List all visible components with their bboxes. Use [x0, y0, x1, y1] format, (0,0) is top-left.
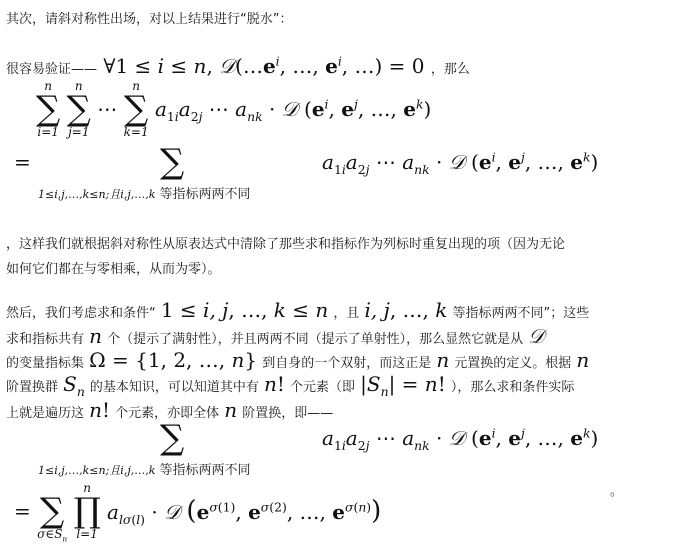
paragraph-explanation-line2: 如何它们都在与零相乘，从而为零）。 — [6, 258, 221, 277]
forall-formula: ∀1 ≤ i ≤ n, 𝒟(…ei, …, ei, …) = 0 — [103, 54, 424, 78]
final-period: 。 — [610, 480, 623, 499]
paragraph-bijection-line1: 然后，我们考虑求和条件“ 1 ≤ i, j, …, k ≤ n ，且 i, j,… — [6, 298, 589, 322]
paragraph-bijection-line4: 阶置换群 Sn 的基本知识，可以知道其中有 n! 个元素（即 |Sn| = n!… — [6, 372, 574, 396]
equation-permutation-sum: = ∑σ∈Sn n∏l=1 alσ(l) · 𝒟 (eσ(1), eσ(2), … — [14, 482, 381, 540]
paragraph-intro: 其次，请斜对称性出场，对以上结果进行“脱水”： — [6, 8, 292, 27]
paragraph-bijection-line2: 求和指标共有 n 个（提示了满射性），并且两两不同（提示了单射性），那么显然它就… — [6, 324, 544, 348]
verify-prefix: 很容易验证—— — [6, 62, 97, 77]
sum-condition: 1≤i,j,…,k≤n;且i,j,…,k 等指标两两不同 — [38, 183, 251, 202]
forall-line: 很容易验证—— ∀1 ≤ i ≤ n, 𝒟(…ei, …, ei, …) = 0… — [6, 54, 470, 78]
sum-body: a1ia2j ⋯ ank · 𝒟 (ei, ej, …, ek) — [322, 150, 598, 174]
paragraph-bijection-line3: 的变量指标集 Ω = {1, 2, …, n} 到自身的一个双射，而这正是 n … — [6, 348, 589, 372]
sum-symbol: ∑ — [160, 142, 184, 182]
equation-triple-sum: n∑i=1 n∑j=1 ⋯ n∑k=1 a1ia2j ⋯ ank · 𝒟 (ei… — [36, 80, 431, 138]
then-suffix: ，那么 — [431, 62, 470, 77]
equation-distinct-sum: = — [14, 150, 31, 174]
sum-condition-2: 1≤i,j,…,k≤n;且i,j,…,k 等指标两两不同 — [38, 459, 251, 478]
sum-symbol-2: ∑ — [160, 418, 184, 458]
paragraph-explanation-line1: ，这样我们就根据斜对称性从原表达式中清除了那些求和指标作为列标时重复出现的项（因… — [6, 233, 565, 252]
sum-body-2: a1ia2j ⋯ ank · 𝒟 (ei, ej, …, ek) — [322, 426, 598, 450]
